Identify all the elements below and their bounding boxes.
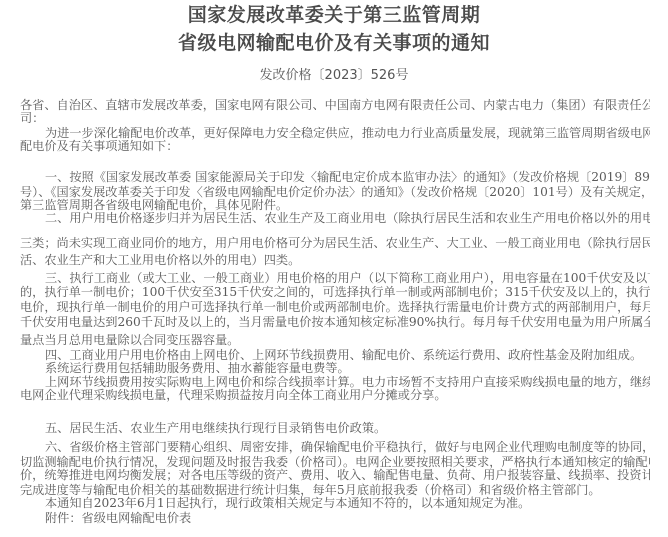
section-3-line: 千伏安用电量达到260千瓦时及以上的，当月需量电价按本通知核定标准90%执行。每… [20,315,650,330]
section-6-line: 价，统筹推进电网均衡发展；对各电压等级的资产、费用、收入、输配售电量、负荷、用户… [20,468,650,483]
attachment-line: 附件：省级电网输配电价表 [45,511,650,526]
document-title-line-2: 省级电网输配电价及有关事项的通知 [0,32,668,54]
effective-date-line: 本通知自2023年6月1日起执行，现行政策相关规定与本通知不符的，以本通知规定为… [45,496,650,511]
document-title-line-1: 国家发展改革委关于第三监管周期 [0,4,668,26]
section-3-line: 量点当月总用电量除以合同变压器容量。 [20,333,650,348]
document-number: 发改价格〔2023〕526号 [0,68,668,84]
section-1-line: 一、按照《国家发展改革委 国家能源局关于印发〈输配电定价成本监审办法〉的通知》（… [45,170,650,185]
section-2-line: 三类；尚未实现工商业同价的地方，用户用电价格可分为居民生活、农业生产、大工业、一… [20,236,650,251]
section-3-line: 三、执行工商业（或大工业、一般工商业）用电价格的用户（以下简称工商业用户），用电… [45,271,650,286]
section-2-line: 二、用户用电价格逐步归并为居民生活、农业生产及工商业用电（除执行居民生活和农业生… [45,211,650,226]
section-3-line: 电价，现执行单一制电价的用户可选择执行单一制电价或两部制电价。选择执行需量电价计… [20,300,650,315]
section-6-line: 六、省级价格主管部门要精心组织、周密安排，确保输配电价平稳执行，做好与电网企业代… [45,440,650,455]
addressee-line: 司： [20,111,650,126]
section-4-line: 电网企业代理采购线损电量，代理采购损益按月向全体工商业用户分摊或分享。 [20,388,650,403]
section-2-line: 活、农业生产和大工业用电价格以外的用电）四类。 [20,253,650,268]
section-4-line: 系统运行费用包括辅助服务费用、抽水蓄能容量电费等。 [45,361,650,376]
section-3-line: 的，执行单一制电价；100千伏安至315千伏安之间的，可选择执行单一制或两部制电… [20,285,650,300]
section-5-line: 五、居民生活、农业生产用电继续执行现行目录销售电价政策。 [45,421,650,436]
intro-paragraph-line: 配电价及有关事项通知如下： [20,139,650,154]
